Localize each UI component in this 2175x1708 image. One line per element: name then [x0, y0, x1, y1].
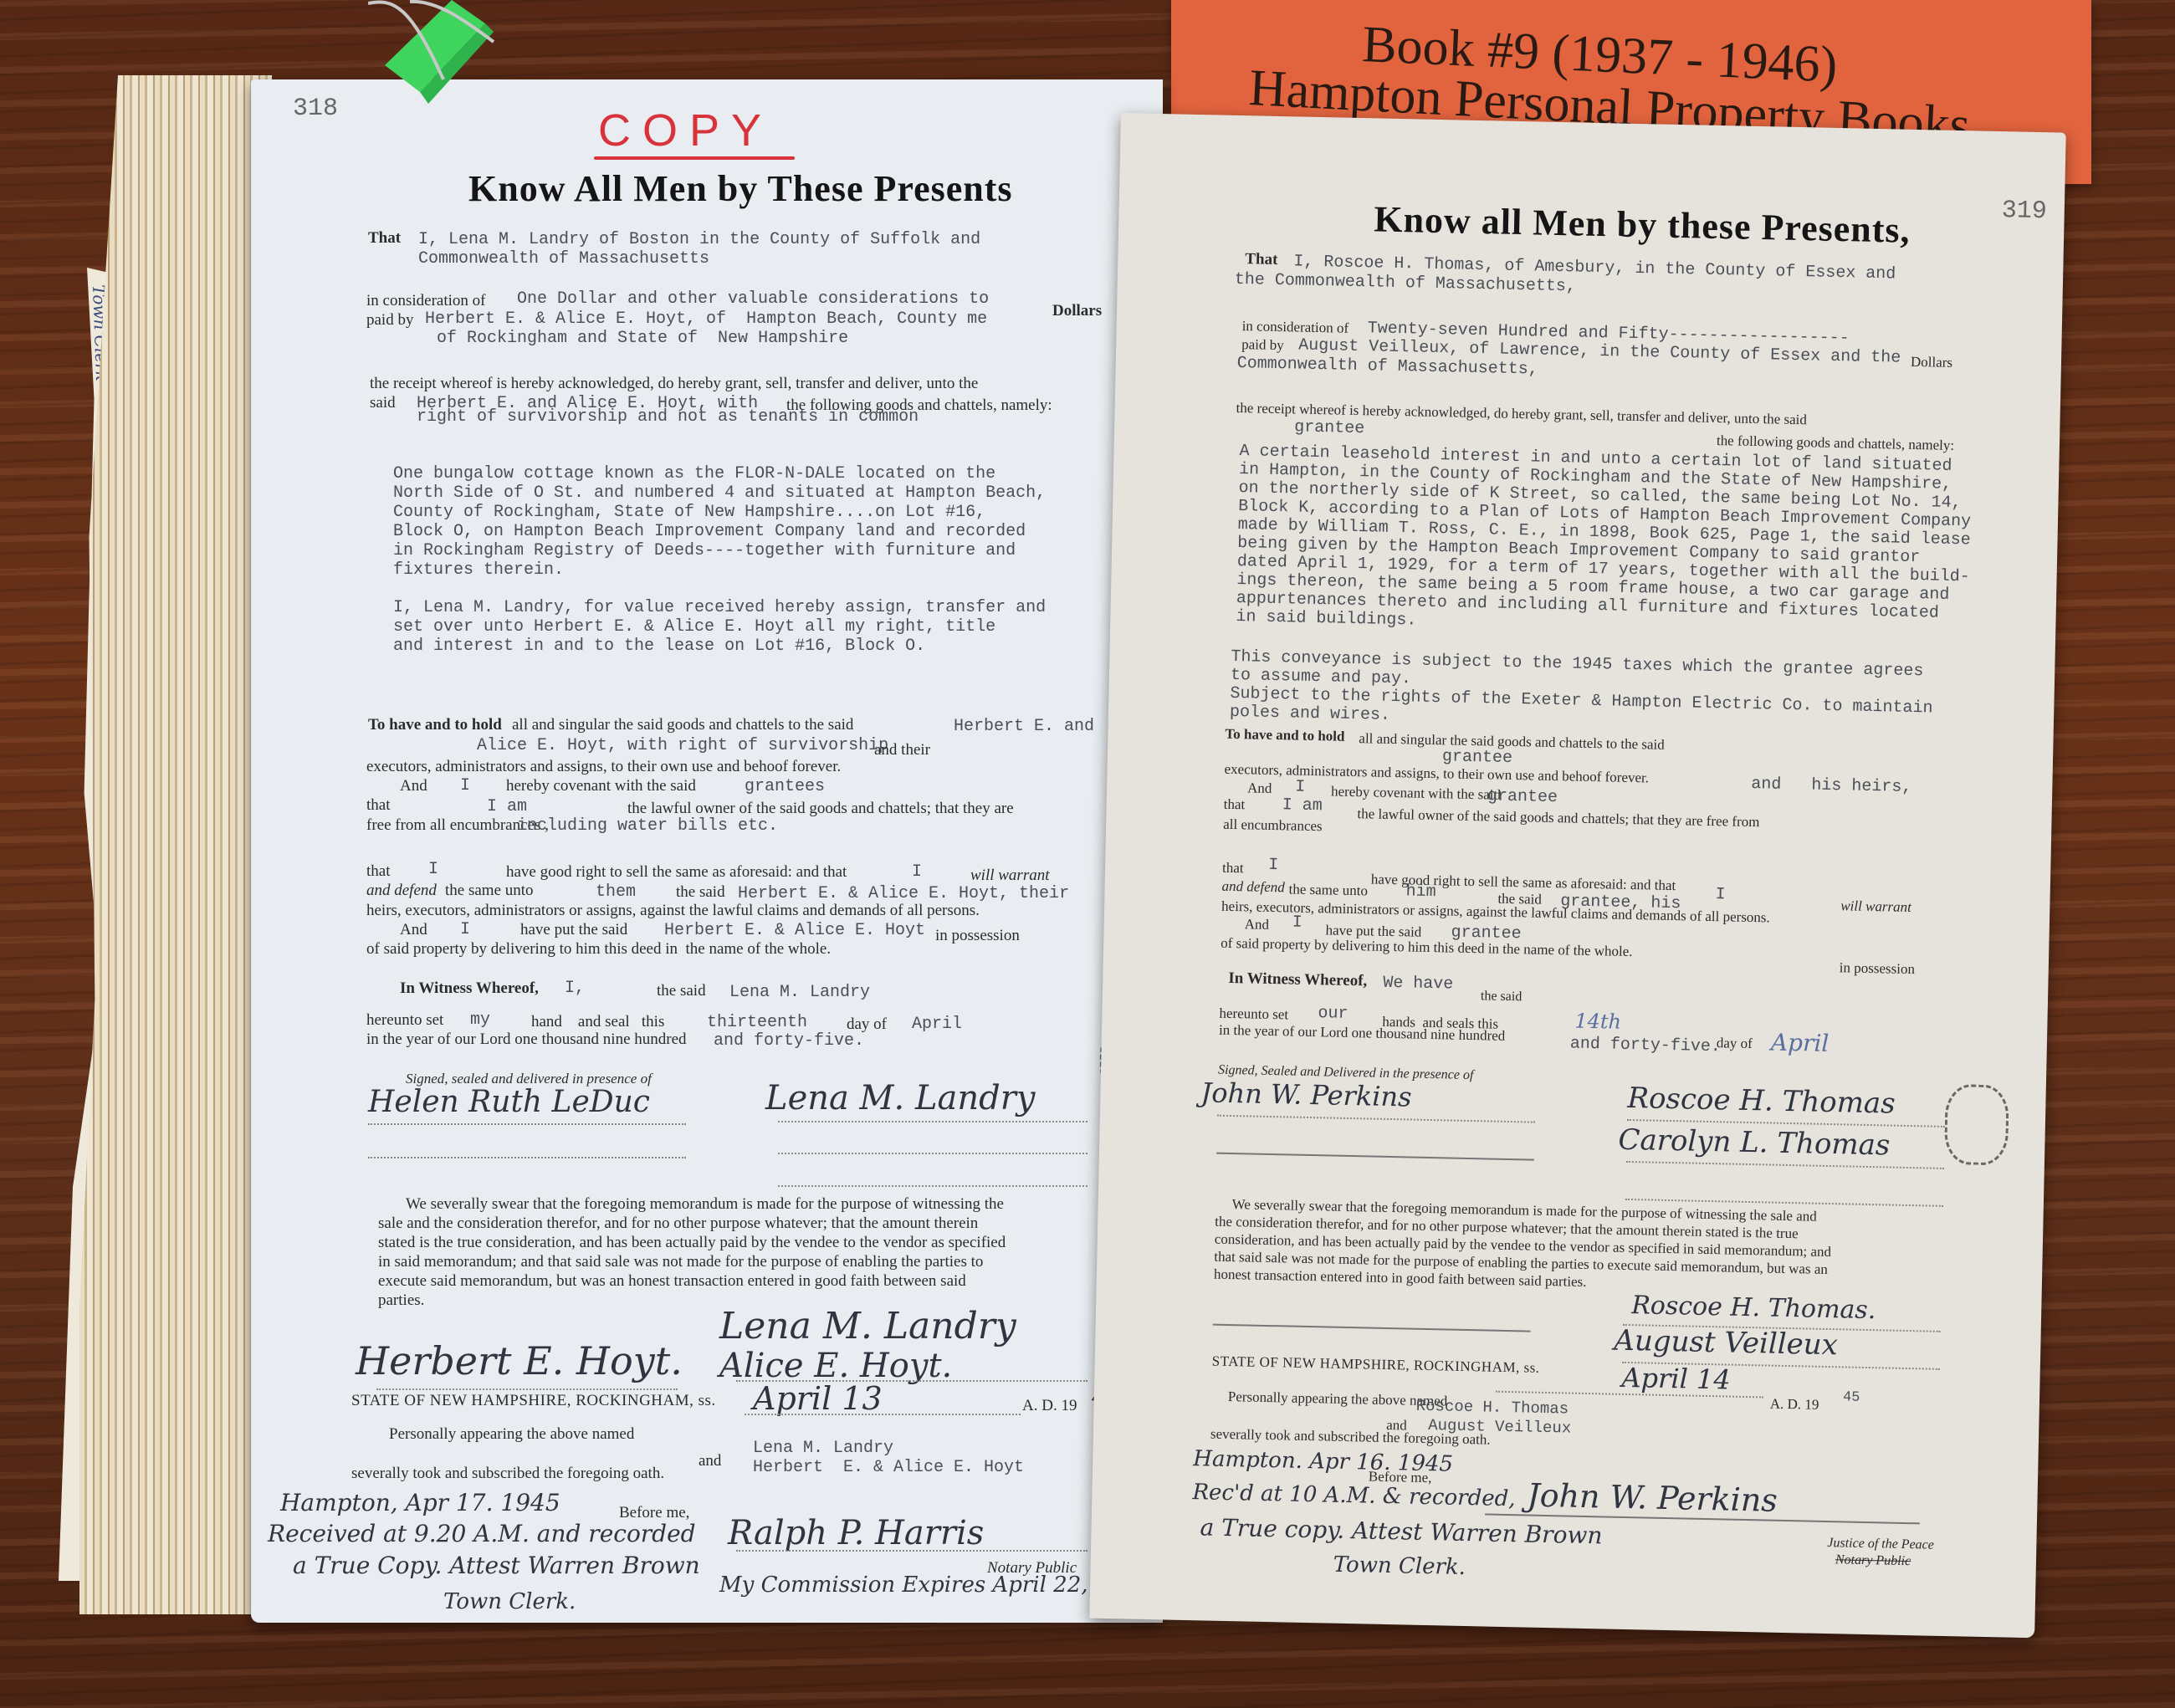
description-line: in said buildings. [1236, 607, 1416, 631]
habendum-label: To have and to hold [1225, 724, 1344, 746]
warranty-that: that [1222, 858, 1244, 878]
warranty-i-2: I [1715, 885, 1725, 904]
warranty-the-said: the said [676, 882, 725, 902]
warranty-text-2: the same unto [1288, 879, 1368, 900]
in-witness-label: In Witness Whereof, [1228, 969, 1367, 990]
description-line: in Rockingham Registry of Deeds----toget… [393, 541, 1016, 560]
that-text: that [366, 795, 391, 815]
i-am: I am [1282, 795, 1322, 816]
covenant-text: hereby covenant with the said [1331, 781, 1501, 804]
in-possession: in possession [1840, 958, 1916, 979]
signature-line [1213, 1324, 1531, 1332]
warranty-them: them [596, 882, 636, 902]
signature-line [368, 1157, 686, 1158]
and-defend: and defend [366, 881, 437, 900]
habendum-text: all and singular the said goods and chat… [512, 715, 853, 734]
warranty-text-2: the same unto [445, 881, 534, 900]
oath-signature-landry: Lena M. Landry [719, 1305, 1016, 1347]
signature-line [368, 1123, 686, 1125]
assignment-line: set over unto Herbert E. & Alice E. Hoyt… [393, 617, 995, 637]
seal-scribble-icon [1944, 1084, 2009, 1166]
warranty-text: have good right to sell the same as afor… [506, 862, 847, 882]
warranty-i-2: I [912, 862, 922, 882]
description-line: Block O, on Hampton Beach Improvement Co… [393, 522, 1026, 541]
grantee-text-2: right of survivorship and not as tenants… [417, 407, 919, 427]
appearing-text: Personally appearing the above named [389, 1424, 634, 1444]
hand-seal-text: hand and seal this [531, 1012, 664, 1031]
oath-line: sale and the consideration therefor, and… [378, 1214, 978, 1233]
recording-note: Hampton, Apr 17. 1945 [280, 1489, 560, 1516]
said-label: said [370, 393, 396, 412]
goods-label: the following goods and chattels, namely… [1717, 431, 1955, 455]
covenant-fill: grantee [1487, 786, 1558, 807]
and-his-heirs: and his heirs, [1751, 775, 1911, 797]
deed-heading: Know all Men by these Presents, [1374, 197, 1911, 251]
receipt-text: the receipt whereof is hereby acknowledg… [370, 374, 978, 393]
signature-line [778, 1153, 1087, 1154]
habendum-label: To have and to hold [368, 715, 502, 734]
condition-line: poles and wires. [1230, 703, 1390, 725]
covenant-fill: grantees [745, 777, 825, 796]
warranty-him: him [1405, 882, 1435, 902]
witness-the-said: the said [657, 981, 706, 1000]
ad-year: 45 [1843, 1388, 1860, 1407]
witness-year: and forty-five. [714, 1031, 864, 1051]
ad-label: A. D. 19 [1770, 1394, 1819, 1414]
owner-text: the lawful owner of the said goods and c… [1357, 804, 1759, 831]
witness-name: Lena M. Landry [729, 983, 870, 1002]
oath-signature-august: August Veilleux [1614, 1324, 1838, 1363]
page-number: 319 [2001, 197, 2047, 226]
state-line: STATE OF NEW HAMPSHIRE, ROCKINGHAM, ss. [1212, 1352, 1540, 1378]
assignment-line: and interest in and to the lease on Lot … [393, 637, 925, 656]
habendum-fill: Herbert E. and [954, 717, 1094, 736]
oath-line: parties. [378, 1291, 424, 1310]
covenant-and: And [400, 776, 427, 795]
witness-our: our [1318, 1004, 1348, 1024]
warranty-text-3: heirs, executors, administrators or assi… [1221, 897, 1770, 928]
witness-month: April [912, 1015, 962, 1034]
that-text: that [1223, 795, 1245, 815]
appearing-name-1: Lena M. Landry [753, 1439, 893, 1458]
i-am: I am [487, 797, 527, 816]
state-date-handwritten: April 13 [753, 1380, 883, 1417]
witness-signature: Helen Ruth LeDuc [368, 1085, 650, 1119]
delivering-text: of said property by delivering to him th… [366, 939, 831, 959]
possession-i: I [1292, 913, 1302, 933]
signature-line [1217, 1115, 1535, 1123]
notary-label: Notary Public [1835, 1550, 1911, 1571]
right-page-319: 319 Know all Men by these Presents, That… [1089, 113, 2065, 1638]
owner-text: the lawful owner of the said goods and c… [627, 799, 1014, 818]
year-text: in the year of our Lord one thousand nin… [366, 1030, 687, 1049]
assignment-line: I, Lena M. Landry, for value received he… [393, 598, 1046, 617]
signature-line [778, 1121, 1087, 1122]
in-witness-label: In Witness Whereof, [400, 979, 539, 998]
state-line: STATE OF NEW HAMPSHIRE, ROCKINGHAM, ss. [351, 1391, 716, 1410]
recording-note: Received at 9.20 A.M. and recorded [268, 1520, 696, 1547]
oath-signature-roscoe: Roscoe H. Thomas. [1631, 1291, 1876, 1325]
habendum-fill-2: Alice E. Hoyt, with right of survivorshi… [477, 736, 888, 755]
oath-line: We severally swear that the foregoing me… [406, 1194, 1004, 1214]
delivering-text: of said property by delivering to him th… [1221, 933, 1633, 961]
consideration-label: in consideration of [366, 291, 485, 310]
witness-year: and forty-five. [1570, 1034, 1721, 1056]
witness-the-said: the said [1481, 986, 1522, 1006]
grantor-signature: Lena M. Landry [765, 1079, 1035, 1117]
will-warrant: will warrant [1840, 896, 1911, 917]
description-line: North Side of O St. and numbered 4 and s… [393, 483, 1046, 503]
that-label: That [368, 228, 401, 248]
covenant-and: And [1247, 778, 1272, 798]
warranty-i: I [428, 860, 438, 879]
that-label: That [1245, 249, 1278, 269]
description-line: County of Rockingham, State of New Hamps… [393, 503, 985, 522]
habendum-text-2: executors, administrators and assigns, t… [366, 757, 841, 776]
recording-note: a True Copy. Attest Warren Brown [293, 1552, 700, 1579]
and-their: and their [874, 740, 930, 759]
signature-line [736, 1550, 1087, 1552]
witness-signature: John W. Perkins [1200, 1076, 1412, 1112]
covenant-i: I [460, 776, 470, 795]
warranty-i: I [1268, 856, 1278, 875]
covenant-text: hereby covenant with the said [506, 776, 696, 795]
dollars-label: Dollars [1052, 301, 1102, 320]
possession-and: And [1244, 914, 1269, 934]
free-text: all encumbrances [1223, 815, 1323, 836]
paid-by-label: paid by [366, 310, 413, 330]
notary-signature: Ralph P. Harris [728, 1514, 984, 1552]
warranty-text-3: heirs, executors, administrators or assi… [366, 901, 980, 920]
paid-by-text-2: of Rockingham and State of New Hampshire [437, 329, 848, 348]
description-line: One bungalow cottage known as the FLOR-N… [393, 464, 995, 483]
grantor-signature-carolyn: Carolyn L. Thomas [1618, 1123, 1891, 1163]
witness-my: my [470, 1010, 490, 1030]
dollars-label: Dollars [1911, 352, 1953, 372]
in-possession: in possession [935, 926, 1020, 945]
took-oath-text: severally took and subscribed the forego… [351, 1464, 664, 1483]
possession-i: I [460, 920, 470, 939]
date-line [745, 1414, 1021, 1415]
signature-line [778, 1185, 1087, 1187]
left-page-318: 318 COPY Know All Men by These Presents … [251, 79, 1163, 1623]
covenant-i: I [1295, 778, 1305, 797]
recording-note: Town Clerk. [443, 1589, 576, 1614]
grantor-signature-roscoe: Roscoe H. Thomas [1627, 1082, 1896, 1121]
oath-signature-herbert: Herbert E. Hoyt. [356, 1338, 683, 1383]
copy-underline [594, 156, 795, 160]
consideration-amount: One Dollar and other valuable considerat… [517, 289, 989, 309]
binder-clip-icon [368, 0, 510, 117]
witness-we-have: We have [1383, 974, 1453, 995]
and-defend: and defend [1221, 877, 1285, 897]
grantee-text: grantee [1294, 417, 1364, 438]
possession-text: have put the said [520, 920, 627, 939]
ad-label: A. D. 19 [1022, 1396, 1077, 1415]
page-edges-stack [79, 75, 272, 1614]
witness-day: thirteenth [707, 1013, 807, 1032]
grantor-text: I, Lena M. Landry of Boston in the Count… [418, 230, 980, 249]
free-fill: including water bills etc. [517, 816, 778, 836]
recording-note: Town Clerk. [1333, 1552, 1466, 1580]
oath-line: stated is the true consideration, and ha… [378, 1233, 1006, 1252]
possession-and: And [400, 920, 427, 939]
paid-by-text: Herbert E. & Alice E. Hoyt, of Hampton B… [425, 309, 987, 329]
signature-line [1216, 1153, 1534, 1161]
hereunto-text: hereunto set [366, 1010, 443, 1030]
oath-line: execute said memorandum, but was an hone… [378, 1271, 966, 1291]
signature-line [1626, 1161, 1944, 1169]
witness-day: 14th [1574, 1010, 1621, 1034]
possession-fill: Herbert E. & Alice E. Hoyt [664, 921, 925, 940]
appearing-and: and [699, 1451, 721, 1470]
grantor-text-2: Commonwealth of Massachusetts [418, 249, 709, 268]
recording-note: Rec'd at 10 A.M. & recorded, [1192, 1480, 1516, 1511]
day-of-label: day of [1717, 1033, 1753, 1053]
copy-stamp: COPY [598, 105, 773, 156]
description-line: fixtures therein. [393, 560, 564, 580]
deed-heading: Know All Men by These Presents [468, 167, 1013, 210]
appearing-text: Personally appearing the above named [1228, 1387, 1448, 1410]
page-number: 318 [293, 95, 338, 123]
witness-month: April [1771, 1029, 1830, 1057]
warranty-that: that [366, 862, 391, 881]
oath-line: in said memorandum; and that said sale w… [378, 1252, 983, 1271]
state-date-handwritten: April 14 [1621, 1362, 1731, 1396]
will-warrant: will warrant [970, 866, 1050, 885]
witness-i: I, [565, 979, 585, 998]
appearing-name-2: Herbert E. & Alice E. Hoyt [753, 1458, 1024, 1477]
paid-by-label: paid by [1241, 335, 1284, 355]
signature-line [376, 1388, 678, 1390]
justice-signature: John W. Perkins [1527, 1477, 1778, 1519]
recording-note: a True copy. Attest Warren Brown [1200, 1513, 1603, 1549]
